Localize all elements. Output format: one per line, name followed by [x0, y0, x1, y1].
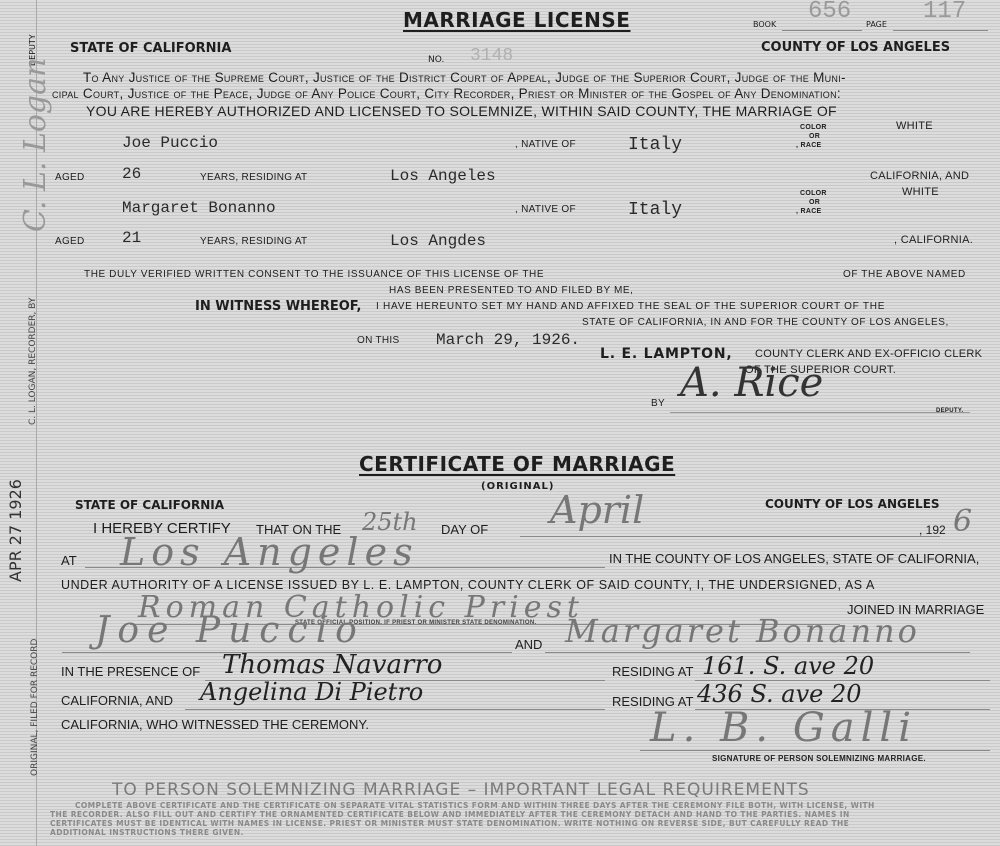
license-no-label: NO.: [428, 55, 444, 65]
footer-line-3: CERTIFICATES MUST BE IDENTICAL WITH NAME…: [50, 819, 849, 828]
bride-aged-label: AGED: [55, 236, 85, 247]
groom-native-of: Italy: [628, 135, 682, 155]
month-rule: [520, 536, 940, 537]
certificate-county-label: COUNTY OF LOS ANGELES: [765, 497, 940, 511]
page-rule: [893, 30, 988, 31]
consent-line-1: THE DULY VERIFIED WRITTEN CONSENT TO THE…: [84, 269, 544, 280]
certificate-groom-name: Joe Puccio: [95, 610, 365, 651]
filed-date-stamp: APR 27 1926: [6, 479, 25, 582]
groom-color-label-2: OR: [809, 133, 820, 140]
bride-color-label-3: , RACE: [796, 208, 822, 215]
groom-race: WHITE: [896, 120, 933, 132]
day-of-label: DAY OF: [441, 522, 488, 537]
residing-label-1: RESIDING AT: [612, 664, 693, 679]
signature-caption: SIGNATURE OF PERSON SOLEMNIZING MARRIAGE…: [712, 754, 926, 763]
book-label: BOOK: [753, 20, 776, 29]
license-county-label: COUNTY OF LOS ANGELES: [761, 40, 950, 55]
consent-line-1-end: OF THE ABOVE NAMED: [843, 269, 966, 280]
deputy-label: DEPUTY.: [936, 408, 963, 414]
deputy-signature: A. Rice: [680, 360, 823, 406]
witness2-name: Angelina Di Pietro: [200, 678, 423, 706]
footer-title: TO PERSON SOLEMNIZING MARRIAGE – IMPORTA…: [112, 780, 810, 800]
certificate-month: April: [550, 488, 644, 532]
bride-race: WHITE: [902, 186, 939, 198]
certificate-title: CERTIFICATE OF MARRIAGE: [359, 452, 675, 476]
bride-age: 21: [122, 229, 141, 247]
margin-filed-label: ORIGINAL, FILED FOR RECORD: [30, 639, 40, 776]
bride-color-label-2: OR: [809, 199, 820, 206]
on-this-label: ON THIS: [357, 335, 399, 346]
year-suffix: 6: [953, 504, 972, 539]
footer-line-4: ADDITIONAL INSTRUCTIONS THERE GIVEN.: [50, 828, 244, 837]
authorization-text: YOU ARE HEREBY AUTHORIZED AND LICENSED T…: [86, 103, 837, 119]
license-no-value: 3148: [470, 46, 513, 66]
witnessed-label: CALIFORNIA, WHO WITNESSED THE CEREMONY.: [61, 717, 369, 732]
deputy-rule: [670, 412, 970, 413]
book-rule: [782, 30, 862, 31]
california-and-label: CALIFORNIA, AND: [61, 693, 173, 708]
witness-line-2: STATE OF CALIFORNIA, IN AND FOR THE COUN…: [582, 317, 949, 328]
witness2-address: 436 S. ave 20: [697, 680, 862, 708]
and-label: AND: [515, 637, 542, 652]
at-label: AT: [61, 553, 77, 568]
witness1-address: 161. S. ave 20: [702, 652, 874, 680]
witness-whereof-bold: IN WITNESS WHEREOF,: [195, 299, 362, 314]
year-prefix: , 192: [919, 523, 946, 537]
groom-residing-label: YEARS, RESIDING AT: [200, 172, 307, 183]
clerk-title-line-1: COUNTY CLERK AND EX-OFFICIO CLERK: [755, 348, 982, 360]
county-state-text: IN THE COUNTY OF LOS ANGELES, STATE OF C…: [609, 551, 979, 566]
groom-native-label: , NATIVE OF: [515, 139, 576, 150]
footer-line-2: THE RECORDER. ALSO FILL OUT AND CERTIFY …: [50, 810, 850, 819]
witness2-rule: [185, 709, 605, 710]
by-label: BY: [651, 398, 665, 409]
margin-recorder-label: C. L. LOGAN, RECORDER, BY: [28, 298, 38, 425]
witness1-name: Thomas Navarro: [222, 650, 442, 680]
bride-residing-label: YEARS, RESIDING AT: [200, 236, 307, 247]
preamble-line-2: cipal Court, Justice of the Peace, Judge…: [52, 86, 841, 101]
presence-label: IN THE PRESENCE OF: [61, 664, 200, 679]
bride-native-of: Italy: [628, 200, 682, 220]
license-title: MARRIAGE LICENSE: [403, 8, 630, 32]
groom-name: Joe Puccio: [122, 134, 218, 152]
issue-date: March 29, 1926.: [436, 331, 580, 349]
groom-age: 26: [122, 165, 141, 183]
bride-name: Margaret Bonanno: [122, 199, 276, 217]
groom-color-label-1: COLOR: [800, 124, 827, 131]
groom-aged-label: AGED: [55, 172, 85, 183]
groom-state-suffix: CALIFORNIA, AND: [870, 170, 969, 182]
groom-color-label-3: , RACE: [796, 142, 822, 149]
marriage-place: Los Angeles: [120, 530, 419, 574]
book-value: 656: [808, 0, 851, 25]
page-value: 117: [923, 0, 966, 25]
recorder-signature: C. L. Logan: [18, 58, 53, 232]
page-label: PAGE: [866, 20, 887, 29]
witness-line-1: I HAVE HEREUNTO SET MY HAND AND AFFIXED …: [376, 301, 885, 312]
bride-color-label-1: COLOR: [800, 190, 827, 197]
bride-state-suffix: , CALIFORNIA.: [894, 234, 973, 246]
license-state-label: STATE OF CALIFORNIA: [70, 41, 231, 56]
consent-line-2: HAS BEEN PRESENTED TO AND FILED BY ME,: [389, 285, 634, 296]
groom-residence: Los Angeles: [390, 167, 496, 185]
certificate-state-label: STATE OF CALIFORNIA: [75, 498, 224, 512]
certificate-bride-name: Margaret Bonanno: [565, 612, 920, 650]
footer-line-1: COMPLETE ABOVE CERTIFICATE AND THE CERTI…: [75, 801, 875, 810]
bride-residence: Los Angdes: [390, 232, 486, 250]
bride-native-label: , NATIVE OF: [515, 204, 576, 215]
preamble-line-1: To Any Justice of the Supreme Court, Jus…: [83, 70, 846, 85]
officiant-signature: L. B. Galli: [650, 705, 917, 751]
certificate-subtitle: (ORIGINAL): [481, 481, 554, 492]
